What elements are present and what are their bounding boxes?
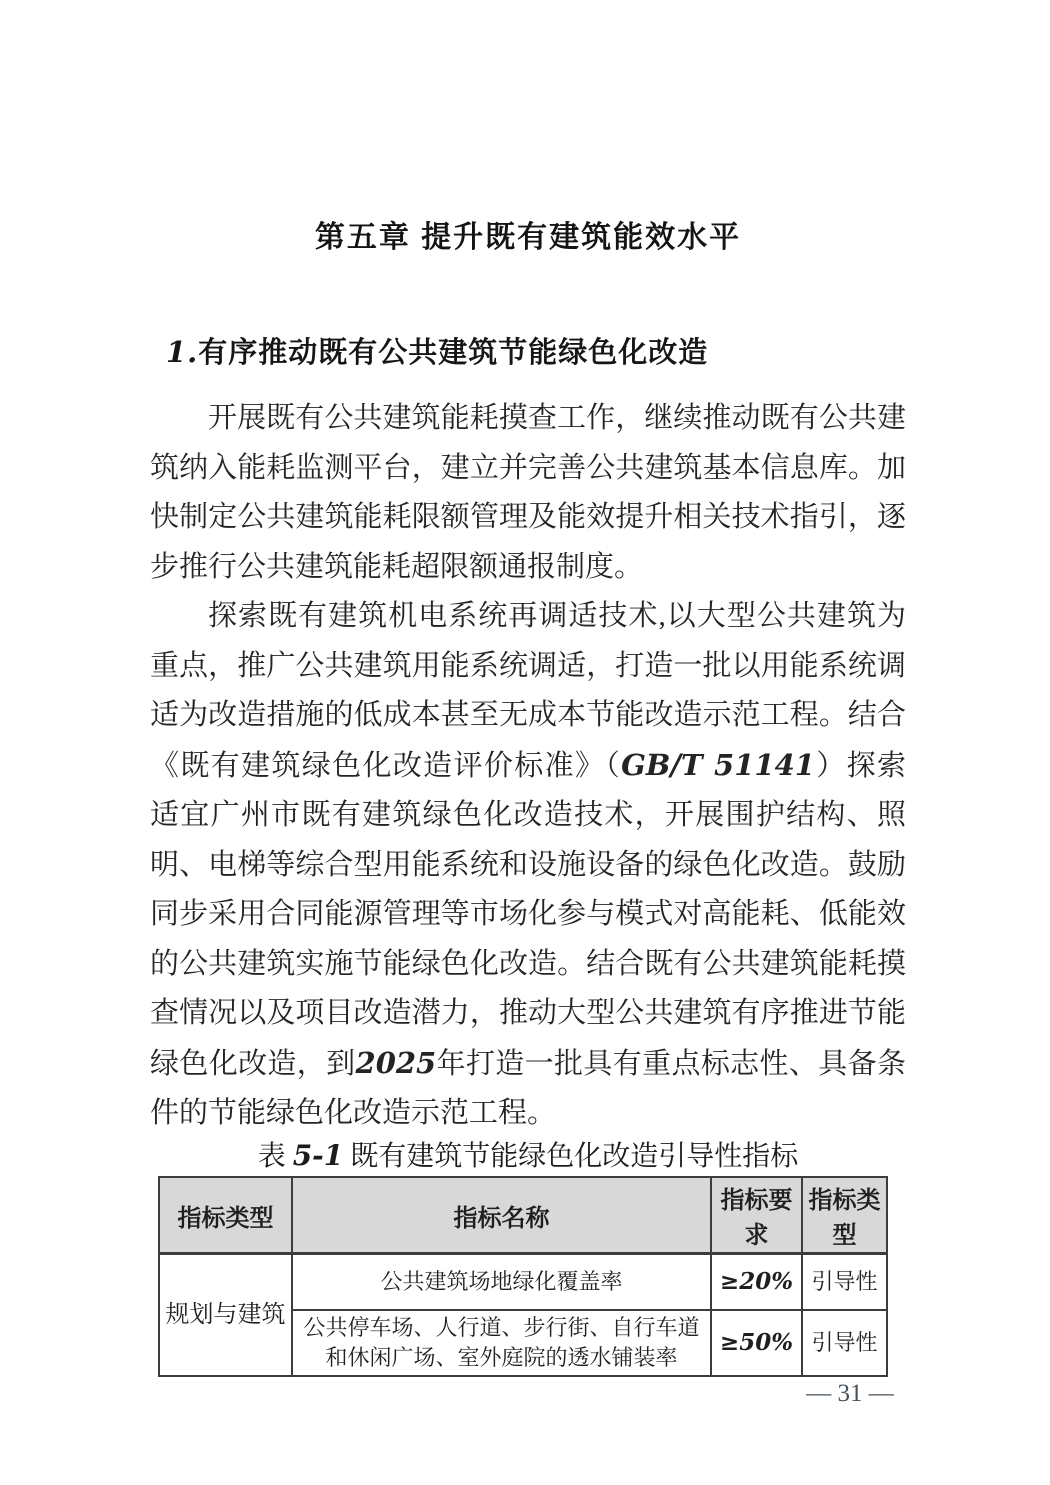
- cell-type: 引导性: [802, 1254, 887, 1310]
- indicators-table: 指标类型 指标名称 指标要求 指标类型 规划与建筑 公共建筑场地绿化覆盖率 ≥2…: [158, 1176, 888, 1377]
- cell-indicator-name: 公共停车场、人行道、步行街、自行车道和休闲广场、室外庭院的透水铺装率: [292, 1310, 711, 1376]
- cell-type: 引导性: [802, 1310, 887, 1376]
- paragraph-2-text: ）探索适宜广州市既有建筑绿色化改造技术，开展围护结构、照明、电梯等综合型用能系统…: [150, 750, 906, 1080]
- chapter-title: 第五章 提升既有建筑能效水平: [150, 212, 906, 256]
- section-heading-text: 有序推动既有公共建筑节能绿色化改造: [198, 337, 708, 369]
- body-text: 开展既有公共建筑能耗摸查工作，继续推动既有公共建筑纳入能耗监测平台，建立并完善公…: [150, 394, 906, 1139]
- table-header-row: 指标类型 指标名称 指标要求 指标类型: [159, 1177, 887, 1254]
- standard-code: GB/T 51141: [621, 748, 815, 782]
- cell-category: 规划与建筑: [159, 1254, 292, 1376]
- document-page: 第五章 提升既有建筑能效水平 1.有序推动既有公共建筑节能绿色化改造 开展既有公…: [0, 0, 1050, 1485]
- paragraph-1: 开展既有公共建筑能耗摸查工作，继续推动既有公共建筑纳入能耗监测平台，建立并完善公…: [150, 394, 906, 592]
- table-row: 规划与建筑 公共建筑场地绿化覆盖率 ≥20% 引导性: [159, 1254, 887, 1310]
- paragraph-2: 探索既有建筑机电系统再调适技术,以大型公共建筑为重点，推广公共建筑用能系统调适，…: [150, 592, 906, 1139]
- header-indicator-type: 指标类型: [802, 1177, 887, 1254]
- table-caption-prefix: 表: [258, 1141, 286, 1172]
- cell-requirement: ≥20%: [711, 1254, 802, 1310]
- footer-page-number: — 31 —: [760, 1380, 940, 1408]
- section-heading: 1.有序推动既有公共建筑节能绿色化改造: [166, 330, 708, 371]
- cell-indicator-name: 公共建筑场地绿化覆盖率: [292, 1254, 711, 1310]
- table-caption-title: 既有建筑节能绿色化改造引导性指标: [350, 1141, 798, 1172]
- table-caption-number: 5-1: [293, 1139, 344, 1172]
- paragraph-1-text: 开展既有公共建筑能耗摸查工作，继续推动既有公共建筑纳入能耗监测平台，建立并完善公…: [150, 402, 906, 583]
- paragraph-2-text: 化改造，到: [209, 1048, 356, 1080]
- header-indicator-requirement: 指标要求: [711, 1177, 802, 1254]
- target-year: 2025: [356, 1046, 437, 1080]
- cell-requirement: ≥50%: [711, 1310, 802, 1376]
- section-number: 1.: [166, 335, 198, 369]
- header-indicator-name: 指标名称: [292, 1177, 711, 1254]
- table-caption: 表 5-1 既有建筑节能绿色化改造引导性指标: [150, 1134, 906, 1174]
- header-indicator-category: 指标类型: [159, 1177, 292, 1254]
